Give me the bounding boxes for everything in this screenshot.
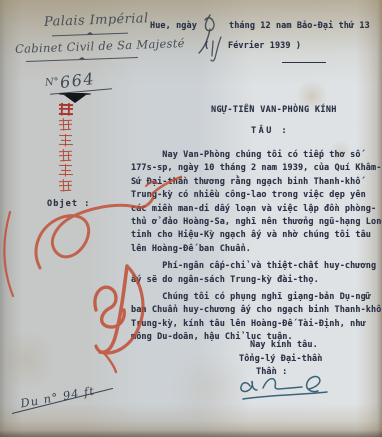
- body-line: Trung-kỳ, kính tâu lên Hoàng-Đế Tài-Định…: [131, 318, 382, 331]
- date-underline: [282, 62, 326, 63]
- body-line: tinh cho Hiệu-Kỳ ngạch ấy và nhờ chúng t…: [131, 229, 382, 242]
- body-line: các miền man-di dấy loạn và việc lập đồn…: [131, 203, 382, 216]
- footnote-handwritten: Du n° 94 ft: [19, 384, 96, 411]
- seal-char: [57, 118, 72, 131]
- date-paren-open: (: [204, 41, 209, 51]
- memo-body: Nay Van-Phòng chúng tôi có tiếp thơ số 1…: [131, 149, 382, 345]
- seal-char: [57, 164, 72, 177]
- closing-title: Tổng-lý Đại-thần: [239, 354, 322, 364]
- document-number-label: N°: [45, 77, 59, 89]
- closing-salutation: Nay kính tâu.: [250, 340, 318, 350]
- letterhead-ornament-rule-1: [52, 33, 128, 37]
- signature-scrawl: [241, 377, 327, 399]
- letterhead-arrow-ornament: [64, 95, 86, 103]
- seal-char: [57, 133, 72, 146]
- body-line: Chúng tôi có phụng nghĩ giạng-bản Dụ-ngữ: [131, 291, 382, 304]
- body-line: 177s-sp, ngày 10 tháng 2 nam 1939, của Q…: [131, 162, 382, 175]
- body-line: ban Chuẩn huy-chương ấy cho ngạch binh T…: [131, 304, 382, 317]
- body-line: ấy sẽ do ngân-sách Trung-kỳ đài-thọ.: [131, 274, 382, 287]
- seal-char: [57, 179, 72, 192]
- memo-heading: NGỰ-TIỀN VAN-PHÒNG KÍNH: [211, 105, 337, 115]
- handwritten-gregorian-day: [211, 37, 221, 61]
- body-line: thủ ở đảo Hoàng-Sa, nghĩ nên thưởng ngũ-…: [131, 216, 382, 229]
- document-number-value: 664: [59, 69, 96, 92]
- date-lunar-rest: tháng 12 nam Bảo-Đại thứ 13: [229, 21, 370, 31]
- body-line: Sứ Đại-thần thương rằng ngạch binh Thanh…: [131, 176, 382, 189]
- document-scan: Palais Impérial Cabinet Civil de Sa Maje…: [0, 0, 382, 437]
- date-city-prefix: Hue, ngày: [150, 21, 197, 31]
- body-line: Phí-ngân cấp-chỉ và thiệt-chất huy-chươn…: [131, 260, 382, 273]
- body-line: Trung-kỳ có nhiều công-lao trong việc dẹ…: [131, 189, 382, 202]
- seal-char: [57, 149, 72, 162]
- objet-label: Objet :: [47, 199, 91, 209]
- seal-char: [57, 103, 72, 116]
- letterhead-org-line2: Cabinet Civil de Sa Majesté: [15, 36, 185, 56]
- closing-than: Thần :: [256, 367, 287, 377]
- memo-subheading: TÂU :: [251, 126, 289, 136]
- letterhead-org-line1: Palais Impérial: [44, 11, 149, 30]
- letterhead-ornament-rule-2: [26, 57, 138, 62]
- body-line: lên Hoàng-Đế ban Chuẩn.: [131, 243, 382, 256]
- stationery-seal-column: [54, 103, 76, 195]
- date-gregorian-rest: Février 1939 ): [228, 41, 301, 51]
- body-line: Nay Van-Phòng chúng tôi có tiếp thơ số: [131, 149, 382, 162]
